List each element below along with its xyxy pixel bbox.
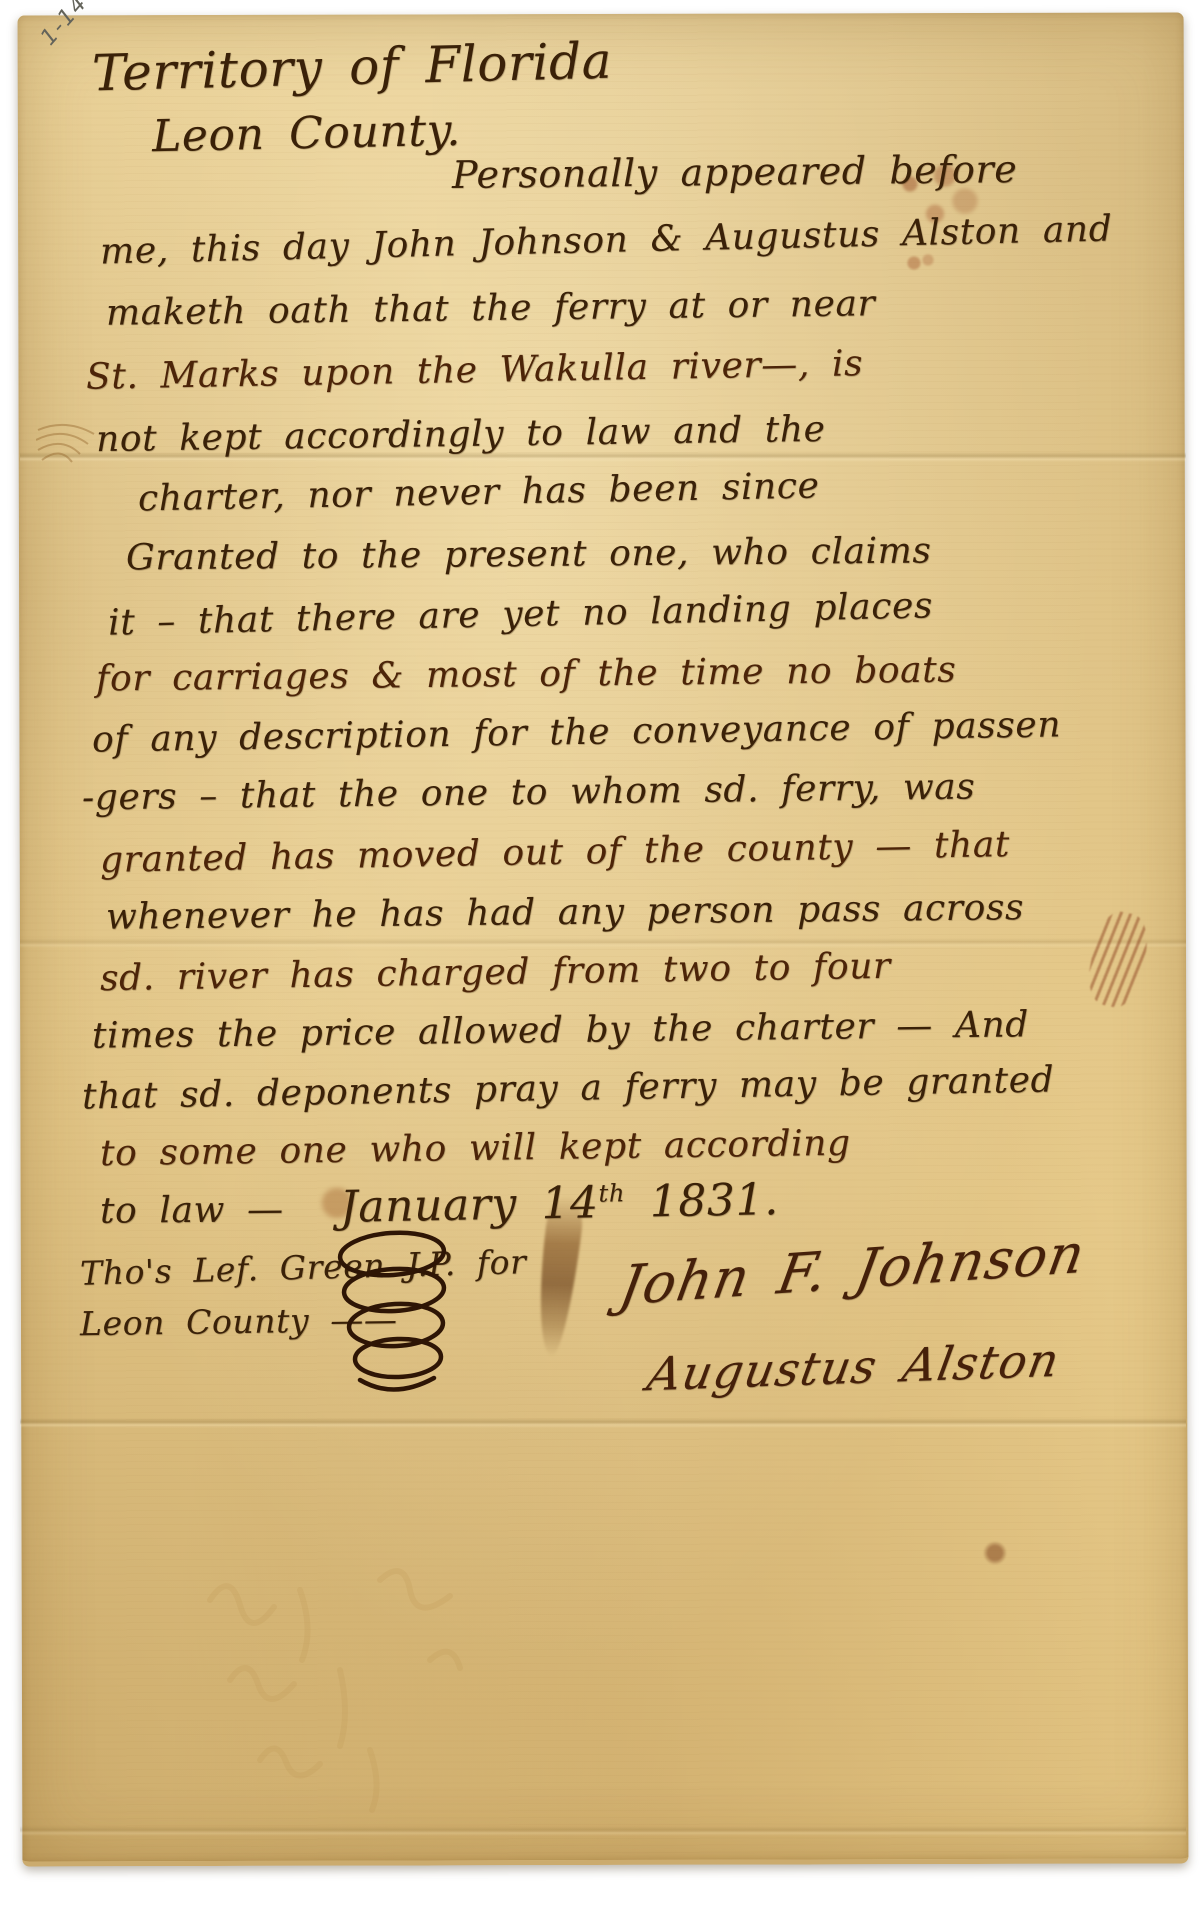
pen-flourish (330, 1228, 460, 1403)
heading-county: Leon County. (151, 105, 461, 162)
fold-crease (20, 1826, 1186, 1836)
date-month-day: January 14 (340, 1177, 600, 1233)
date-ordinal: th (598, 1179, 625, 1207)
scan-background: 1-14-31 Territory of Florida Leon County… (0, 0, 1200, 1909)
fold-crease (20, 1418, 1186, 1428)
fold-crease (20, 938, 1186, 948)
date-year: 1831. (625, 1174, 779, 1228)
date-line: January 14th 1831. (340, 1174, 780, 1233)
manuscript-line: Granted to the present one, who claims (126, 530, 932, 578)
opening-phrase: Personally appeared before (452, 147, 1018, 197)
manuscript-line: to law — (100, 1189, 284, 1232)
